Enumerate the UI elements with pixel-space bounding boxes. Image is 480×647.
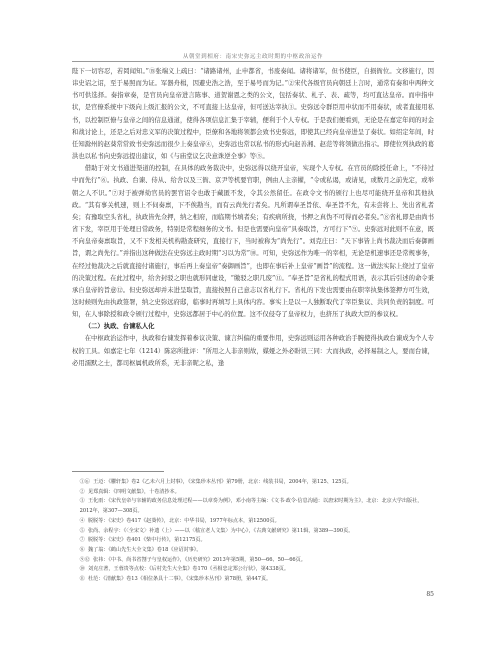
running-head: 从朝堂到相府：南宋史弥远主政时期的中枢政治运作 — [72, 52, 434, 60]
footnote-marker: ⑧ — [80, 547, 85, 553]
paragraph-3: 在中枢政治运作中，执政和台谏发挥着参议决策、谏言纠偏的重要作用，史弥远则运用各种… — [72, 333, 434, 369]
footnote-marker: ⑩ — [80, 566, 85, 572]
footnote: ④ 脱脱等：《宋史》卷417《赵葵传》，北京：中华书局，1977年标点本，第12… — [72, 517, 434, 527]
footnote: ⑤ 张尚、余程宇：《〈全宋文〉补遗（上）——以〈嵇宣老人文集〉为中心》，《古典文… — [72, 527, 434, 537]
footnote-text: 脱脱等：《宋史》卷417《赵葵传》，北京：中华书局，1977年标点本，第1250… — [88, 518, 280, 524]
footnotes: ①⑥ 王迈：《臞轩集》卷2《乙未六月上封事》，《宋集珍本丛刊》第79册，北京：线… — [72, 478, 434, 585]
paragraph-1: 陛下一切容忍，若罔闻知。”⑮张端义上疏曰：“诸路诸州，止申都省，书废奏闻。诸将诸… — [72, 66, 434, 163]
footnote-text: 脱脱等：《宋史》卷401《柴中行传》，第12175页。 — [88, 537, 206, 543]
footnote: ⑨⑫ 张祎：《中书、尚书省劄子与皇权运作》，《历史研究》2013年第5期，第50… — [72, 556, 434, 566]
footnote-text: 张祎：《中书、尚书省劄子与皇权运作》，《历史研究》2013年第5期，第50—66… — [93, 557, 306, 563]
paragraph-2: 借助于对文书通进渠道的控制，在具体的政务裁决中，史弥远得以绕开皇帝，实现个人专权… — [72, 163, 434, 321]
footnote-text: 魏了翁：《鹤山先生大全文集》卷18《应诏封事》。 — [88, 547, 201, 553]
footnote: ⑪ 杜范：《清献集》卷13《相位条具十二事》，《宋集珍本丛刊》第78册，第447… — [72, 575, 434, 585]
footnote: ② 见郑真辑：《四明文献集》，十卷清抄本。 — [72, 488, 434, 498]
footnote-text: 张尚、余程宇：《〈全宋文〉补遗（上）——以〈嵇宣老人文集〉为中心》，《古典文献研… — [88, 528, 353, 534]
footnote-marker: ①⑥ — [80, 479, 90, 485]
footnote-marker: ⑪ — [80, 576, 85, 582]
footnote-marker: ⑨⑫ — [80, 557, 90, 563]
footnote-marker: ② — [80, 489, 85, 495]
footnote: ⑦ 脱脱等：《宋史》卷401《柴中行传》，第12175页。 — [72, 536, 434, 546]
footnote-marker: ④ — [80, 518, 85, 524]
page-number: 85 — [72, 591, 434, 598]
footnote-marker: ③ — [80, 498, 85, 504]
footnote-text: 王化雨：《宋代皇帝与宰辅的政务信息处理过程——以章奏为例》，邓小南等主编：《文书… — [80, 498, 423, 514]
footnote-text: 王迈：《臞轩集》卷2《乙未六月上封事》，《宋集珍本丛刊》第79册，北京：线装书局… — [93, 479, 352, 485]
footnote: ⑧ 魏了翁：《鹤山先生大全文集》卷18《应诏封事》。 — [72, 546, 434, 556]
footnote-text: 见郑真辑：《四明文献集》，十卷清抄本。 — [88, 489, 180, 495]
footnote: ①⑥ 王迈：《臞轩集》卷2《乙未六月上封事》，《宋集珍本丛刊》第79册，北京：线… — [72, 478, 434, 488]
document-page: 从朝堂到相府：南宋史弥远主政时期的中枢政治运作 陛下一切容忍，若罔闻知。”⑮张端… — [0, 0, 480, 647]
footnote-text: 刘克庄著，王蓉贵等点校：《后村先生大全集》卷170《丞相忠定郑公行状》，第433… — [88, 566, 289, 572]
main-text: 陛下一切容忍，若罔闻知。”⑮张端义上疏曰：“诸路诸州，止申都省，书废奏闻。诸将诸… — [72, 66, 434, 370]
footnote-text: 杜范：《清献集》卷13《相位条具十二事》，《宋集珍本丛刊》第78册，第447页。 — [88, 576, 271, 582]
section-heading: （二）执政、台谏私人化 — [72, 321, 434, 333]
footnote: ⑩ 刘克庄著，王蓉贵等点校：《后村先生大全集》卷170《丞相忠定郑公行状》，第4… — [72, 565, 434, 575]
footnote: ③ 王化雨：《宋代皇帝与宰辅的政务信息处理过程——以章奏为例》，邓小南等主编：《… — [72, 497, 434, 516]
footnote-marker: ⑤ — [80, 528, 85, 534]
header-rule — [72, 61, 434, 62]
footnote-separator — [72, 471, 164, 472]
footnote-marker: ⑦ — [80, 537, 85, 543]
